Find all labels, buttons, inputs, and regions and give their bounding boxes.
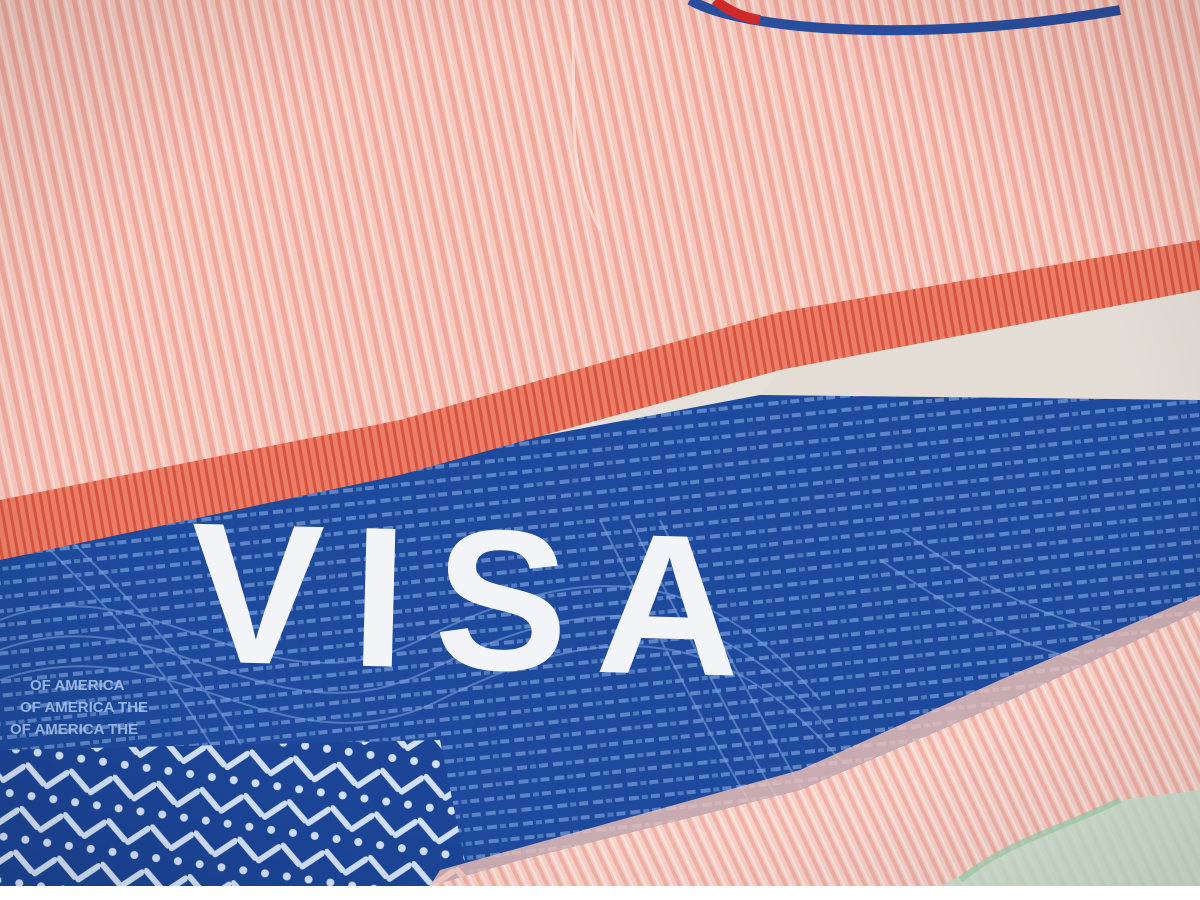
photo-canvas: OF AMERICA OF AMERICA THE OF AMERICA THE… [0,0,1200,886]
bottom-margin [0,886,1200,900]
visa-photo: OF AMERICA OF AMERICA THE OF AMERICA THE… [0,0,1200,886]
vignette [0,0,1200,886]
